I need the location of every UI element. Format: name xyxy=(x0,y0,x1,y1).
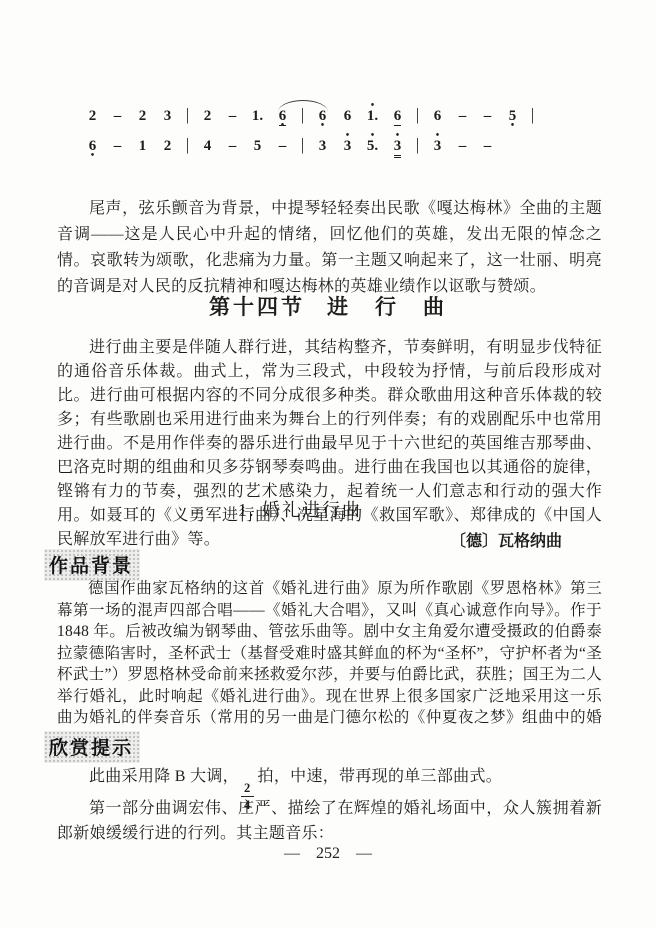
note: 3 xyxy=(155,101,180,131)
notation-line-2: 6•–12|4–5–|33•5.•3•|3•–– xyxy=(80,130,590,160)
background-paragraph: 德国作曲家瓦格纳的这首《婚礼进行曲》原为所作歌剧《罗恩格林》第三幕第一场的混声四… xyxy=(57,578,602,750)
coda-paragraph: 尾声，弦乐颤音为背景，中提琴轻轻奏出民歌《嘎达梅林》全曲的主题音调——这是人民心… xyxy=(57,196,602,300)
octave-dot-above: • xyxy=(396,133,400,139)
note: – xyxy=(270,131,295,161)
barline: | xyxy=(180,100,195,130)
note: 2 xyxy=(80,101,105,131)
note: – xyxy=(450,101,475,131)
section-number: 第十四节 xyxy=(209,295,305,319)
octave-dot-above: • xyxy=(436,133,440,139)
octave-dot-below: • xyxy=(321,123,325,129)
note: – xyxy=(105,131,130,161)
time-signature-numerator: 2 xyxy=(241,782,254,797)
note: 6 xyxy=(385,101,410,131)
note: 3• xyxy=(335,131,360,161)
barline: | xyxy=(410,100,425,130)
key-text-before: 此曲采用降 B 大调， xyxy=(89,768,239,785)
octave-dot-below: • xyxy=(281,123,285,129)
note: – xyxy=(475,101,500,131)
octave-dot-below: • xyxy=(511,123,515,129)
barline: | xyxy=(410,130,425,160)
book-page: 2–23|2–1.6•|6•61.•6|6––5•| 6•–12|4–5–|33… xyxy=(0,0,656,927)
note: 6 xyxy=(335,101,360,131)
note: 3• xyxy=(425,131,450,161)
barline: | xyxy=(525,100,540,130)
note: 4 xyxy=(195,131,220,161)
note: 3 xyxy=(310,131,335,161)
note: 5 xyxy=(245,131,270,161)
note: 3• xyxy=(385,131,410,161)
composer-credit: 〔德〕瓦格纳曲 xyxy=(57,528,562,551)
note: – xyxy=(105,101,130,131)
octave-dot-above: • xyxy=(346,133,350,139)
note: 5.• xyxy=(360,131,385,161)
note: – xyxy=(220,131,245,161)
key-text-after: 拍，中速，带再现的单三部曲式。 xyxy=(258,768,503,785)
note: 6• xyxy=(80,131,105,161)
note: 6 xyxy=(425,101,450,131)
music-notation: 2–23|2–1.6•|6•61.•6|6––5•| 6•–12|4–5–|33… xyxy=(80,100,590,160)
section-name: 进 行 曲 xyxy=(327,295,447,319)
barline: | xyxy=(295,130,310,160)
page-number: — 252 — xyxy=(0,845,656,863)
note: – xyxy=(450,131,475,161)
background-label: 作品背景 xyxy=(44,549,140,581)
note: 1 xyxy=(130,131,155,161)
notation-line-1: 2–23|2–1.6•|6•61.•6|6––5•| xyxy=(80,100,590,130)
note: 1.• xyxy=(360,101,385,131)
note: 2 xyxy=(195,101,220,131)
octave-dot-below: • xyxy=(91,153,95,159)
note: 2 xyxy=(155,131,180,161)
note: 2 xyxy=(130,101,155,131)
tips-label: 欣赏提示 xyxy=(44,731,140,763)
note: 1. xyxy=(245,101,270,131)
note: – xyxy=(475,131,500,161)
octave-dot-above: • xyxy=(371,103,375,109)
piece-title: 1. 婚礼进行曲 xyxy=(0,496,600,522)
barline: | xyxy=(180,130,195,160)
note: – xyxy=(220,101,245,131)
octave-dot-above: • xyxy=(371,133,375,139)
section-title: 第十四节进 行 曲 xyxy=(0,291,656,321)
first-part-paragraph: 第一部分曲调宏伟、庄严、描绘了在辉煌的婚礼场面中，众人簇拥着新郎新娘缓缓行进的行… xyxy=(57,796,602,846)
note: 5• xyxy=(500,101,525,131)
